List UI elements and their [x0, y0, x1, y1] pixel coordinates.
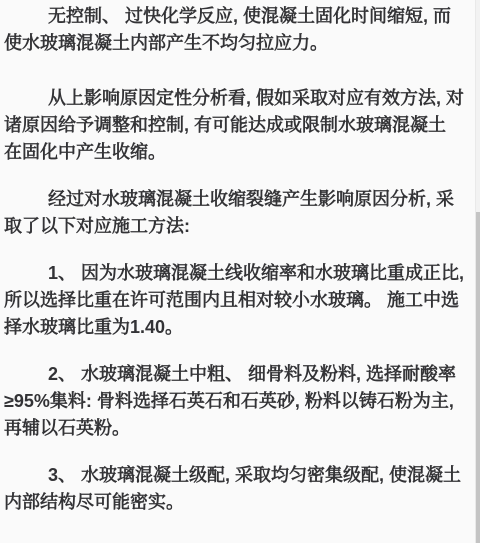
text-line: 取了以下对应施工方法:	[4, 213, 468, 240]
paragraph numbered-item-2: 2、 水玻璃混凝土中粗、 细骨料及粉料, 选择耐酸率 ≥95%集料: 骨料选择石…	[4, 361, 468, 442]
text-line: 1、 因为水玻璃混凝土线收缩率和水玻璃比重成正比,	[4, 260, 468, 287]
scrollbar-thumb[interactable]	[476, 212, 480, 543]
text-line: 择水玻璃比重为1.40。	[4, 314, 468, 341]
text-line: 内部结构尽可能密实。	[4, 489, 468, 516]
text-line: 使水玻璃混凝土内部产生不均匀拉应力。	[4, 30, 468, 57]
text-line: 经过对水玻璃混凝土收缩裂缝产生影响原因分析, 采	[4, 186, 468, 213]
paragraph: 经过对水玻璃混凝土收缩裂缝产生影响原因分析, 采 取了以下对应施工方法:	[4, 186, 468, 240]
text-line: 3、 水玻璃混凝土级配, 采取均匀密集级配, 使混凝土	[4, 462, 468, 489]
text-line: ≥95%集料: 骨料选择石英石和石英砂, 粉料以铸石粉为主,	[4, 388, 468, 415]
document-page: 无控制、 过快化学反应, 使混凝土固化时间缩短, 而 使水玻璃混凝土内部产生不均…	[0, 0, 476, 543]
text-line: 诸原因给予调整和控制, 有可能达成或限制水玻璃混凝土	[4, 112, 468, 139]
paragraph: 从上影响原因定性分析看, 假如采取对应有效方法, 对 诸原因给予调整和控制, 有…	[4, 85, 468, 166]
text-line: 2、 水玻璃混凝土中粗、 细骨料及粉料, 选择耐酸率	[4, 361, 468, 388]
text-line: 在固化中产生收缩。	[4, 139, 468, 166]
paragraph: 无控制、 过快化学反应, 使混凝土固化时间缩短, 而 使水玻璃混凝土内部产生不均…	[4, 3, 468, 57]
text-line: 无控制、 过快化学反应, 使混凝土固化时间缩短, 而	[4, 3, 468, 30]
paragraph numbered-item-3: 3、 水玻璃混凝土级配, 采取均匀密集级配, 使混凝土 内部结构尽可能密实。	[4, 462, 468, 516]
text-line: 所以选择比重在许可范围内且相对较小水玻璃。 施工中选	[4, 287, 468, 314]
text-line: 再辅以石英粉。	[4, 415, 468, 442]
paragraph numbered-item-1: 1、 因为水玻璃混凝土线收缩率和水玻璃比重成正比, 所以选择比重在许可范围内且相…	[4, 260, 468, 341]
text-line: 从上影响原因定性分析看, 假如采取对应有效方法, 对	[4, 85, 468, 112]
